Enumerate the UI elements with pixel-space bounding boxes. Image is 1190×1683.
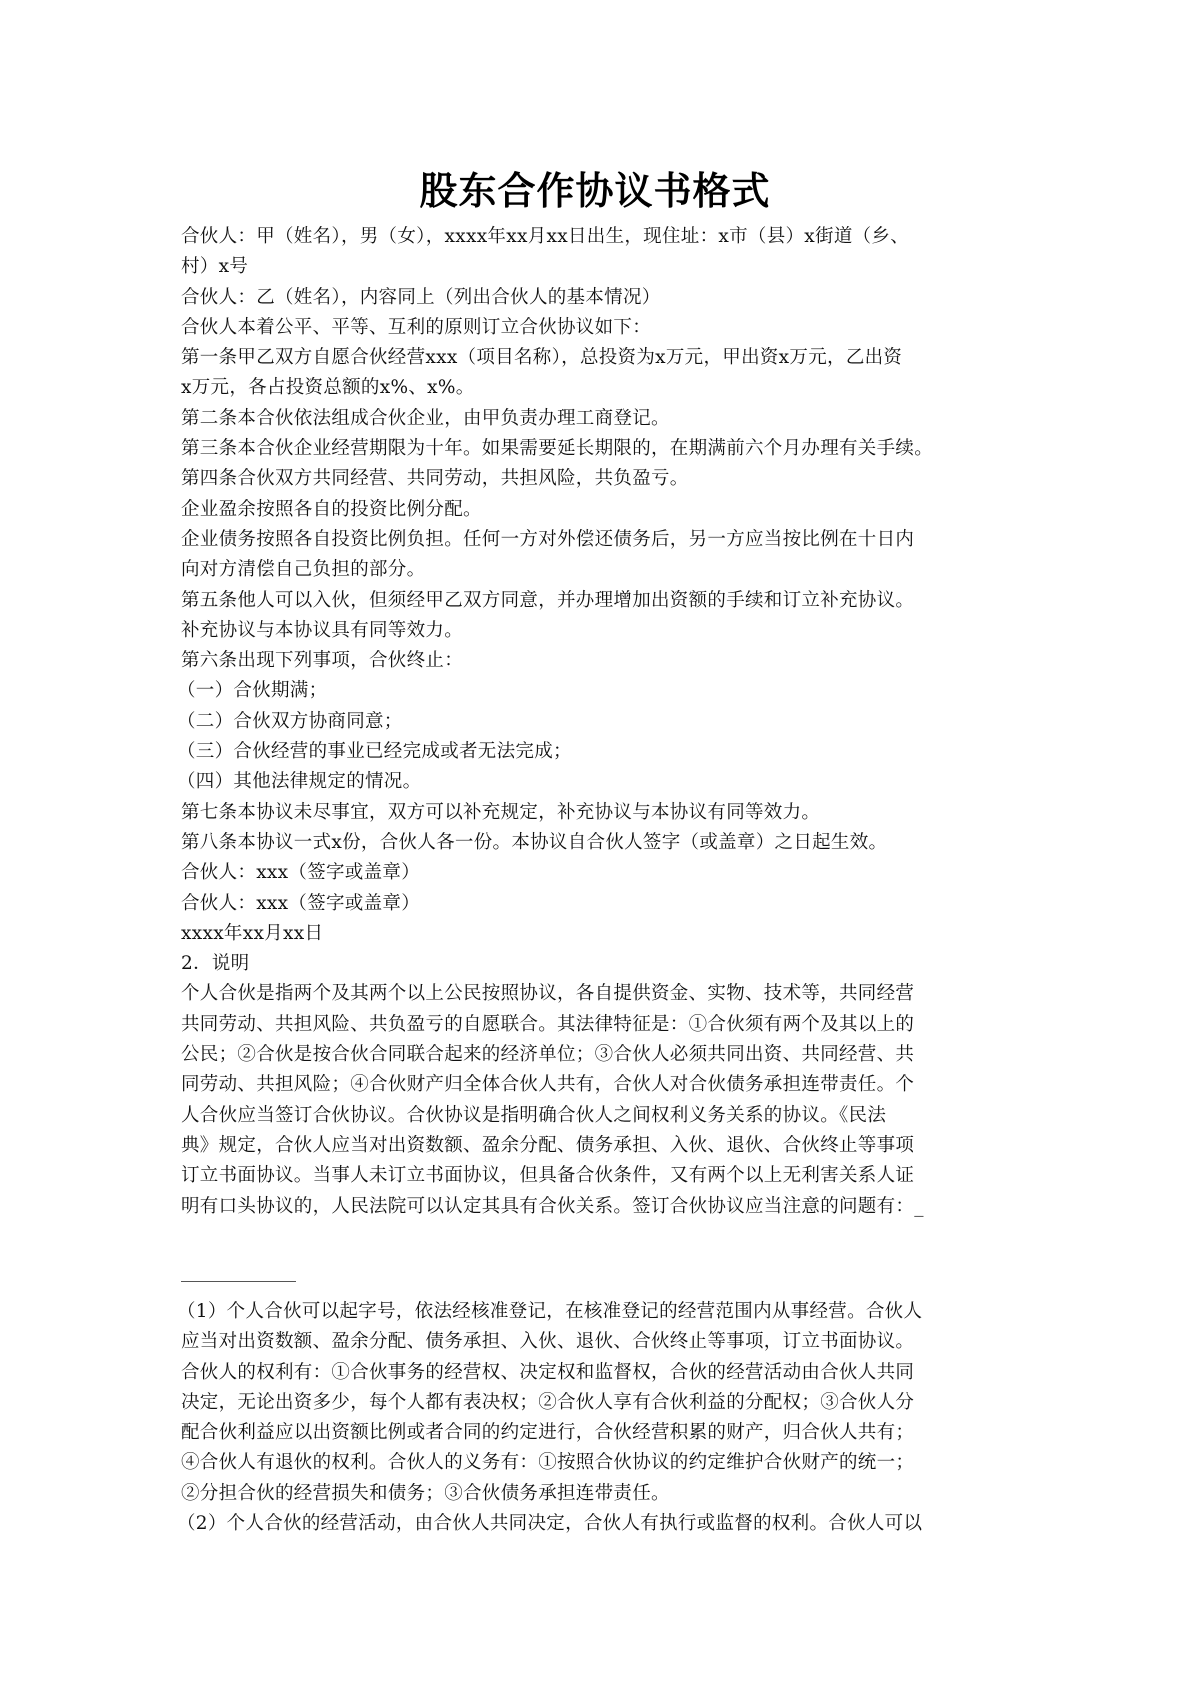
signature-line: 合伙人：xxx（签字或盖章） bbox=[181, 858, 1021, 888]
list-item: （一）合伙期满； bbox=[177, 676, 1021, 706]
text-line: 人合伙应当签订合伙协议。合伙协议是指明确合伙人之间权利义务关系的协议。《民法 bbox=[181, 1101, 1021, 1131]
footnote-separator bbox=[181, 1281, 296, 1282]
text-line: 合伙人：甲（姓名），男（女），xxxx年xx月xx日出生，现住址：x市（县）x街… bbox=[181, 222, 1021, 252]
text-line: ②分担合伙的经营损失和债务；③合伙债务承担连带责任。 bbox=[181, 1479, 1021, 1509]
text-line: （1）个人合伙可以起字号，依法经核准登记，在核准登记的经营范围内从事经营。合伙人 bbox=[177, 1297, 1021, 1327]
text-line: 明有口头协议的，人民法院可以认定其具有合伙关系。签订合伙协议应当注意的问题有：_ bbox=[181, 1192, 1021, 1222]
text-line: 公民；②合伙是按合伙合同联合起来的经济单位；③合伙人必须共同出资、共同经营、共 bbox=[181, 1040, 1021, 1070]
text-line: 第一条甲乙双方自愿合伙经营xxx（项目名称），总投资为x万元，甲出资x万元，乙出… bbox=[181, 343, 1021, 373]
footnote-body: （1）个人合伙可以起字号，依法经核准登记，在核准登记的经营范围内从事经营。合伙人… bbox=[181, 1297, 1021, 1539]
list-item: （二）合伙双方协商同意； bbox=[177, 707, 1021, 737]
text-line: 配合伙利益应以出资额比例或者合同的约定进行，合伙经营积累的财产，归合伙人共有； bbox=[181, 1418, 1021, 1448]
agreement-body: 合伙人：甲（姓名），男（女），xxxx年xx月xx日出生，现住址：x市（县）x街… bbox=[181, 222, 1021, 1222]
text-line: ④合伙人有退伙的权利。合伙人的义务有：①按照合伙协议的约定维护合伙财产的统一； bbox=[181, 1448, 1021, 1478]
list-item: （四）其他法律规定的情况。 bbox=[177, 767, 1021, 797]
text-line: 企业盈余按照各自的投资比例分配。 bbox=[181, 495, 1021, 525]
text-line: 第六条出现下列事项，合伙终止： bbox=[181, 646, 1021, 676]
text-line: x万元，各占投资总额的x%、x%。 bbox=[181, 373, 1021, 403]
text-line: 典》规定，合伙人应当对出资数额、盈余分配、债务承担、入伙、退伙、合伙终止等事项 bbox=[181, 1131, 1021, 1161]
section-heading: 2．说明 bbox=[181, 949, 1021, 979]
document-page: 股东合作协议书格式 合伙人：甲（姓名），男（女），xxxx年xx月xx日出生，现… bbox=[0, 0, 1190, 1683]
text-line: （2）个人合伙的经营活动，由合伙人共同决定，合伙人有执行或监督的权利。合伙人可以 bbox=[177, 1509, 1021, 1539]
signature-line: 合伙人：xxx（签字或盖章） bbox=[181, 889, 1021, 919]
text-line: 决定，无论出资多少，每个人都有表决权；②合伙人享有合伙利益的分配权；③合伙人分 bbox=[181, 1388, 1021, 1418]
document-title: 股东合作协议书格式 bbox=[0, 167, 1190, 215]
text-line: 第四条合伙双方共同经营、共同劳动，共担风险，共负盈亏。 bbox=[181, 464, 1021, 494]
text-line: 共同劳动、共担风险、共负盈亏的自愿联合。其法律特征是：①合伙须有两个及其以上的 bbox=[181, 1010, 1021, 1040]
text-line: 企业债务按照各自投资比例负担。任何一方对外偿还债务后，另一方应当按比例在十日内 bbox=[181, 525, 1021, 555]
date-line: xxxx年xx月xx日 bbox=[181, 919, 1021, 949]
text-line: 第八条本协议一式x份，合伙人各一份。本协议自合伙人签字（或盖章）之日起生效。 bbox=[181, 828, 1021, 858]
text-line: 应当对出资数额、盈余分配、债务承担、入伙、退伙、合伙终止等事项，订立书面协议。 bbox=[181, 1327, 1021, 1357]
text-line: 向对方清偿自己负担的部分。 bbox=[181, 555, 1021, 585]
text-line: 个人合伙是指两个及其两个以上公民按照协议，各自提供资金、实物、技术等，共同经营 bbox=[181, 979, 1021, 1009]
text-line: 第二条本合伙依法组成合伙企业，由甲负责办理工商登记。 bbox=[181, 404, 1021, 434]
text-line: 合伙人的权利有：①合伙事务的经营权、决定权和监督权，合伙的经营活动由合伙人共同 bbox=[181, 1358, 1021, 1388]
text-line: 第五条他人可以入伙，但须经甲乙双方同意，并办理增加出资额的手续和订立补充协议。 bbox=[181, 586, 1021, 616]
list-item: （三）合伙经营的事业已经完成或者无法完成； bbox=[177, 737, 1021, 767]
text-line: 村）x号 bbox=[181, 252, 1021, 282]
text-line: 合伙人：乙（姓名），内容同上（列出合伙人的基本情况） bbox=[181, 283, 1021, 313]
text-line: 订立书面协议。当事人未订立书面协议，但具备合伙条件，又有两个以上无利害关系人证 bbox=[181, 1161, 1021, 1191]
text-line: 第七条本协议未尽事宜，双方可以补充规定，补充协议与本协议有同等效力。 bbox=[181, 798, 1021, 828]
text-line: 同劳动、共担风险；④合伙财产归全体合伙人共有，合伙人对合伙债务承担连带责任。个 bbox=[181, 1070, 1021, 1100]
text-line: 补充协议与本协议具有同等效力。 bbox=[181, 616, 1021, 646]
text-line: 合伙人本着公平、平等、互利的原则订立合伙协议如下： bbox=[181, 313, 1021, 343]
text-line: 第三条本合伙企业经营期限为十年。如果需要延长期限的，在期满前六个月办理有关手续。 bbox=[181, 434, 1021, 464]
